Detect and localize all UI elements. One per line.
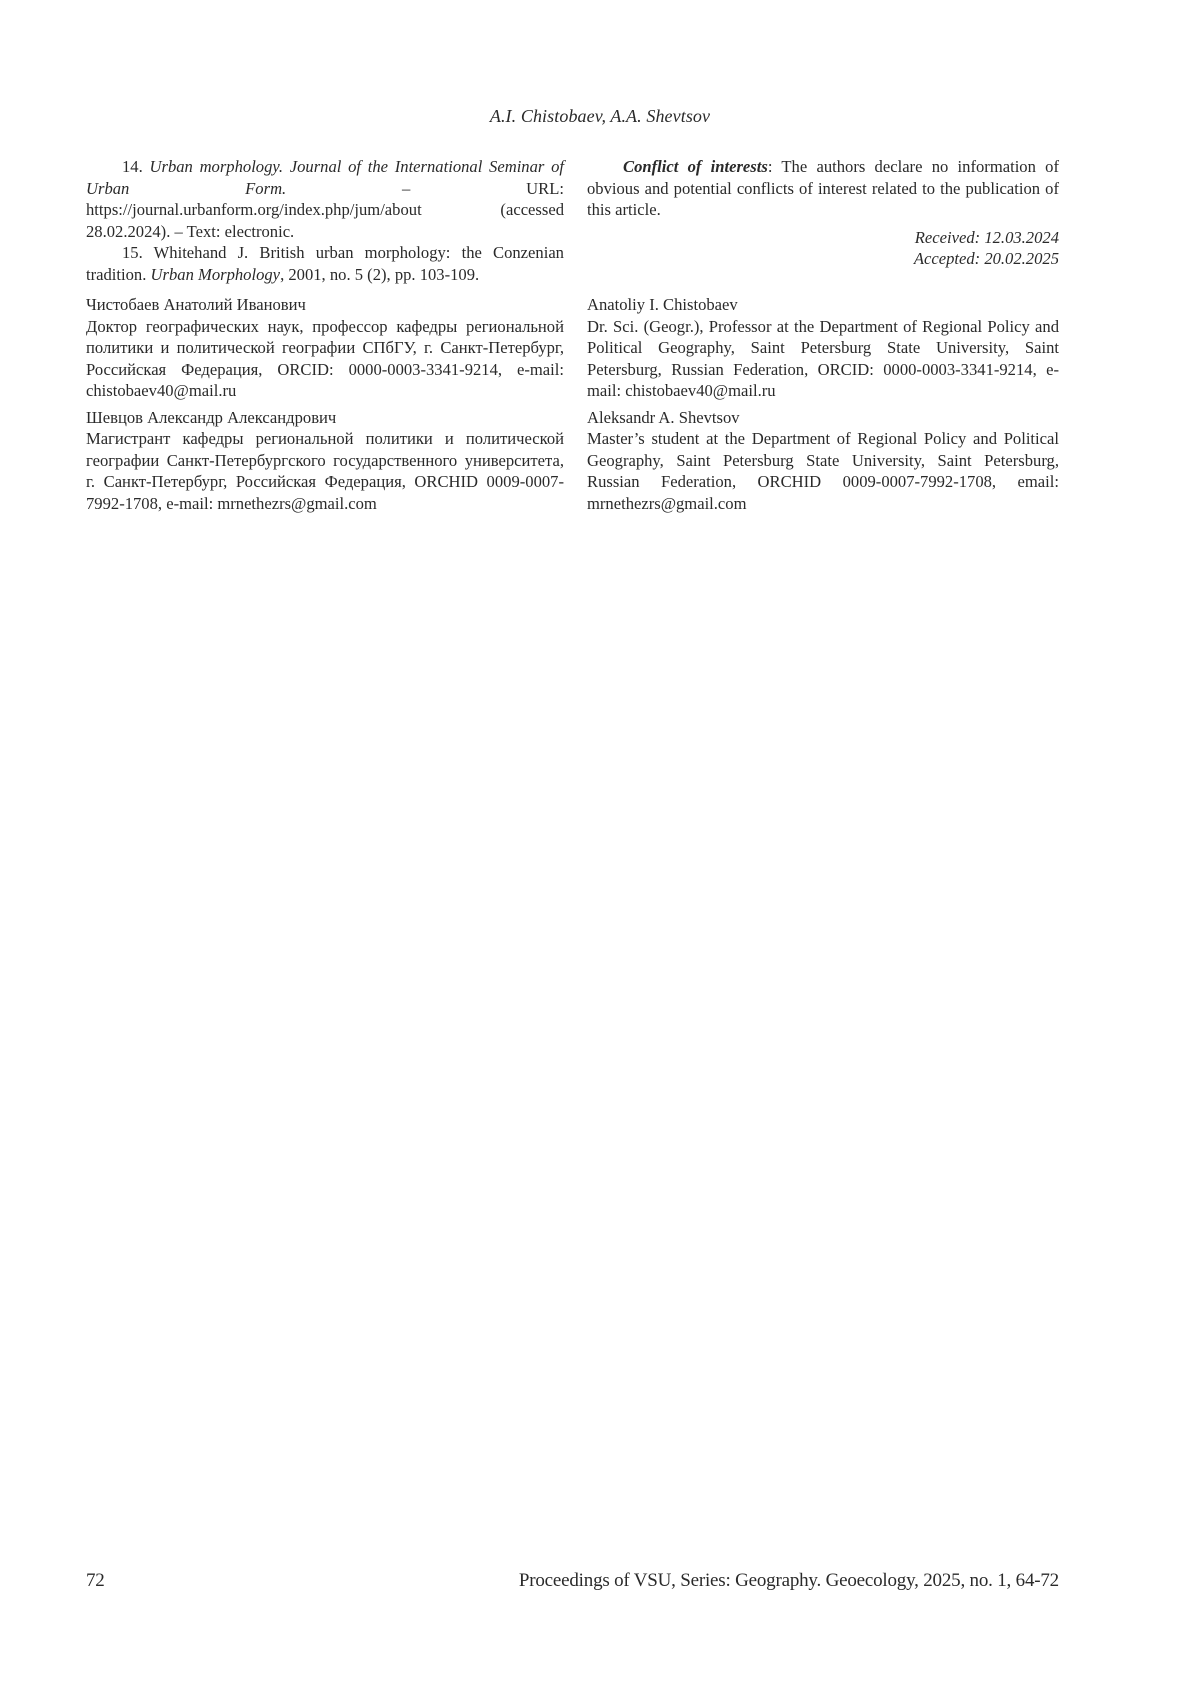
running-head: A.I. Chistobaev, A.A. Shevtsov: [0, 106, 1200, 127]
reference-details: , 2001, no. 5 (2), pp. 103-109.: [280, 265, 479, 284]
author-bio-ru-2: Шевцов Александр Александрович Магистран…: [86, 407, 564, 515]
author-name: Чистобаев Анатолий Иванович: [86, 294, 564, 316]
reference-journal: Urban Morphology: [151, 265, 281, 284]
reference-item-14: 14. Urban morphology. Journal of the Int…: [86, 156, 564, 242]
conflict-statement: Conflict of interests: The authors decla…: [587, 156, 1059, 221]
conflict-label: Conflict of interests: [623, 157, 768, 176]
author-name: Aleksandr A. Shevtsov: [587, 407, 1059, 429]
accepted-date: Accepted: 20.02.2025: [587, 248, 1059, 270]
journal-citation: Proceedings of VSU, Series: Geography. G…: [519, 1570, 1059, 1592]
author-bio-en-1: Anatoliy I. Chistobaev Dr. Sci. (Geogr.)…: [587, 294, 1059, 402]
page-footer: 72 Proceedings of VSU, Series: Geography…: [86, 1570, 1059, 1592]
authors-ru: Чистобаев Анатолий Иванович Доктор геогр…: [86, 294, 564, 519]
authors-en: Anatoliy I. Chistobaev Dr. Sci. (Geogr.)…: [587, 294, 1059, 519]
author-details: Master’s student at the Department of Re…: [587, 428, 1059, 514]
reference-item-15: 15. Whitehand J. British urban morpholog…: [86, 242, 564, 285]
author-name: Anatoliy I. Chistobaev: [587, 294, 1059, 316]
author-bio-en-2: Aleksandr A. Shevtsov Master’s student a…: [587, 407, 1059, 515]
page-number: 72: [86, 1570, 105, 1592]
author-bio-ru-1: Чистобаев Анатолий Иванович Доктор геогр…: [86, 294, 564, 402]
author-name: Шевцов Александр Александрович: [86, 407, 564, 429]
reference-number: 14.: [122, 157, 143, 176]
conflict-section: Conflict of interests: The authors decla…: [587, 156, 1059, 270]
author-details: Dr. Sci. (Geogr.), Professor at the Depa…: [587, 316, 1059, 402]
article-dates: Received: 12.03.2024 Accepted: 20.02.202…: [587, 227, 1059, 270]
references-list: 14. Urban morphology. Journal of the Int…: [86, 156, 564, 285]
received-date: Received: 12.03.2024: [587, 227, 1059, 249]
author-details: Доктор географических наук, профессор ка…: [86, 316, 564, 402]
reference-number: 15.: [122, 243, 143, 262]
author-details: Магистрант кафедры региональной политики…: [86, 428, 564, 514]
